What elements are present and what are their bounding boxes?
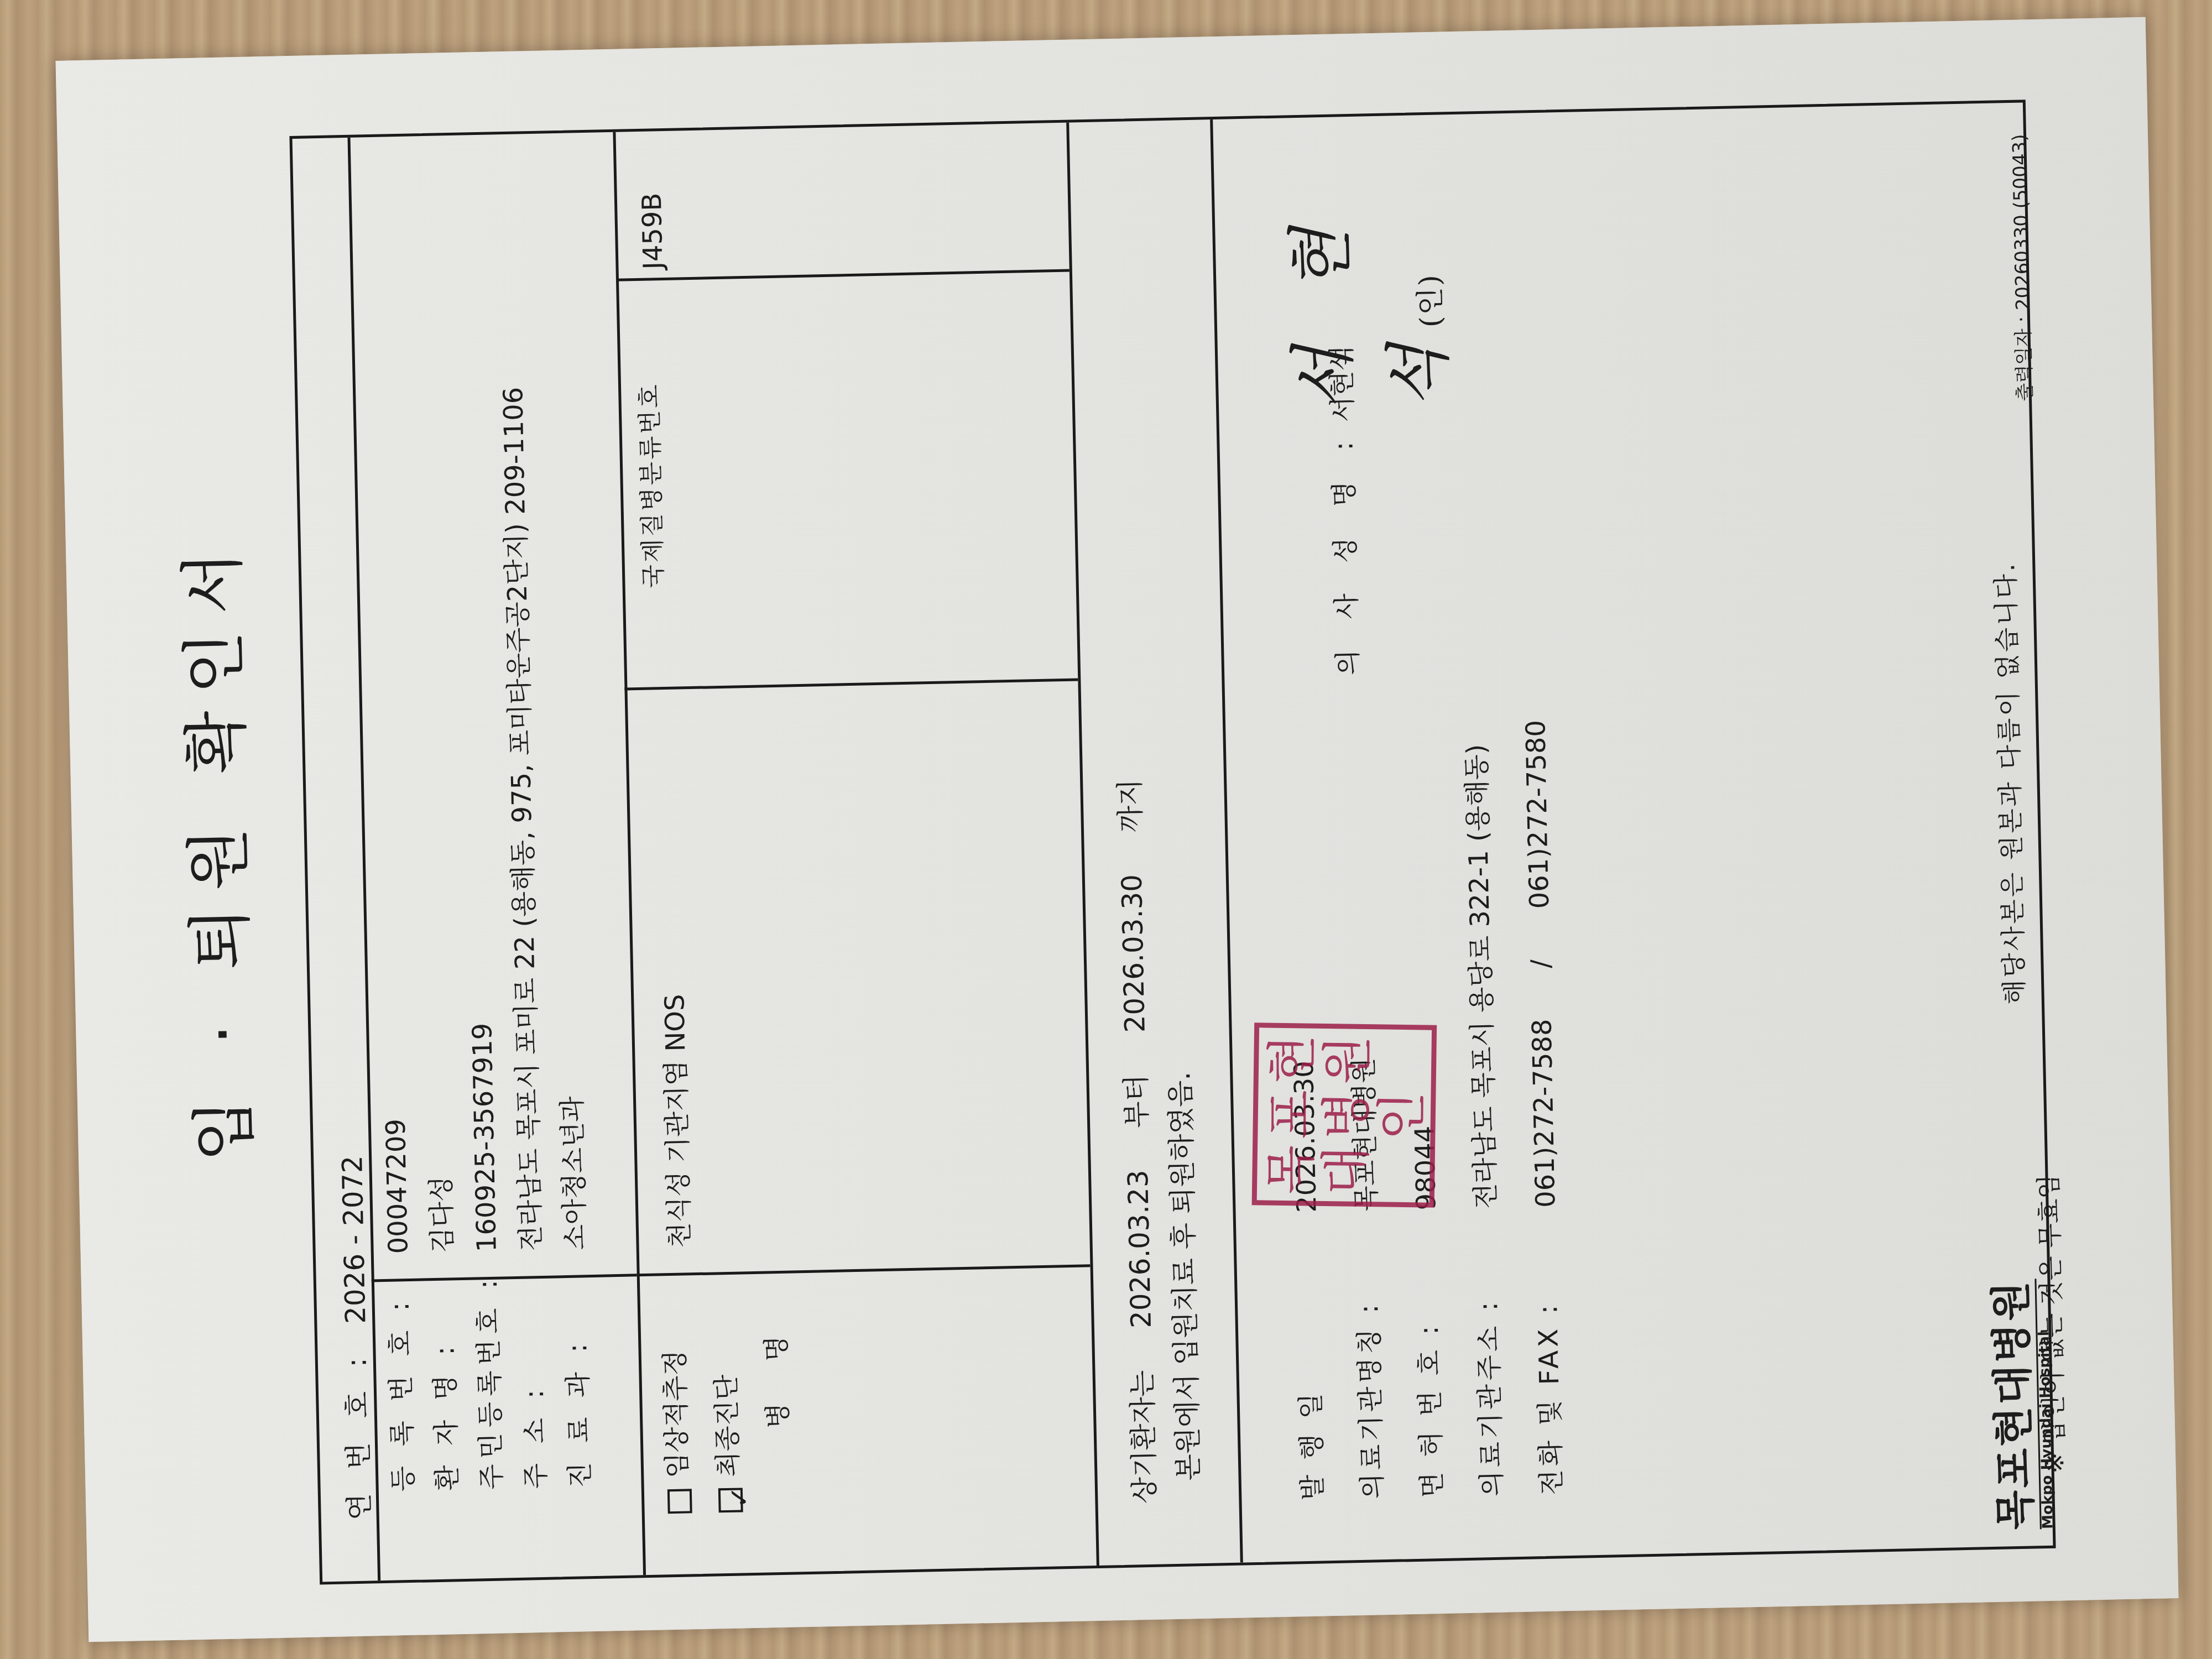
stamp-char: 대 (1318, 1142, 1374, 1198)
disease-label: 병 명 (750, 1318, 805, 1512)
department-label: 진 료 과 : (554, 1272, 603, 1488)
document-title: 입 · 퇴원 확인서 (149, 57, 276, 1640)
document-paper: 입 · 퇴원 확인서 연 번 호 : 2026 - 2072 등 록 번 호 :… (55, 17, 2178, 1642)
issue-date-label: 발 행 일 (1277, 1212, 1343, 1501)
divider-line (637, 1264, 1091, 1276)
admission-date: 2026.03.23 (1122, 1170, 1157, 1328)
license-label: 면 허 번 호 : (1397, 1209, 1463, 1498)
stamp-char: 현 (1265, 1031, 1321, 1087)
from-suffix: 부터 (1120, 1074, 1153, 1129)
serial-label: 연 번 호 : (340, 1350, 375, 1521)
patient-name-label: 환 자 명 : (421, 1275, 470, 1491)
print-date: 출력일자 : 20260330 (50043) (2004, 134, 2037, 401)
hospital-name-ko: 목포현대병원 (1987, 1279, 2041, 1530)
fax: 061)272-7580 (1520, 719, 1555, 909)
address-label: 주 소 : (510, 1273, 559, 1489)
stamp-char: 병 (1319, 1087, 1375, 1143)
separator: / (1525, 959, 1556, 968)
institution-address-label: 의료기관주소 : (1457, 1208, 1522, 1497)
divider-line (624, 678, 1078, 690)
option-label: 최종진단 (711, 1374, 744, 1478)
icd-code-header: 국제질병분류번호 (627, 291, 671, 679)
discharge-date: 2026.03.30 (1116, 874, 1151, 1032)
diagnosis-name: 천식성 기관지염 NOS (653, 994, 697, 1249)
divider-line (1210, 119, 1243, 1563)
patient-labels: 등 록 번 호 : 환 자 명 : 주민등록번호 : 주 소 : 진 료 과 : (377, 1272, 603, 1492)
hospital-logo: 목포현대병원 Mokpo Hyundai Hospital (1978, 1279, 2056, 1531)
checkbox-final-diagnosis[interactable] (718, 1488, 743, 1512)
diagnosis-type: 임상적추정 최종진단 병 명 (649, 1318, 805, 1514)
stamp-char: 인 (1374, 1088, 1430, 1144)
patient-values: 00047209 김다성 160925-3567919 전라남도 목포시 포미로… (358, 385, 598, 1254)
serial-value: 2026 - 2072 (336, 1155, 372, 1324)
option-clinical-estimate[interactable]: 임상적추정 (649, 1321, 703, 1514)
phone: 061)272-7588 (1526, 1019, 1561, 1208)
form-frame: 연 번 호 : 2026 - 2072 등 록 번 호 : 환 자 명 : 주민… (289, 100, 2056, 1584)
option-label: 임상적추정 (660, 1350, 693, 1479)
stamp-char: 포 (1264, 1086, 1319, 1142)
institution-label: 의료기관명칭 : (1337, 1211, 1403, 1500)
checkbox-clinical-estimate[interactable] (667, 1489, 692, 1514)
hospital-seal-stamp: 목 포 현 대 병 원 인 (1252, 1022, 1437, 1208)
stamp-char: 원 (1320, 1032, 1376, 1088)
institution-address: 전라남도 목포시 용당로 322-1 (용해동) (1461, 744, 1502, 1209)
to-suffix: 까지 (1114, 779, 1147, 833)
seal-mark: (인) (1413, 274, 1448, 328)
resident-no-label: 주민등록번호 : (466, 1274, 514, 1490)
doctor-label: 의 사 성 명 : (1328, 430, 1364, 676)
option-final-diagnosis[interactable]: 최종진단 (700, 1319, 754, 1513)
registration-no-label: 등 록 번 호 : (377, 1276, 426, 1492)
doctor-signature: 서 현 석(인) (1265, 114, 1462, 411)
stay-prefix: 상기환자는 (1126, 1370, 1161, 1504)
stay-period: 상기환자는 2026.03.23 부터 2026.03.30 까지 본원에서 입… (1108, 778, 1211, 1504)
phone-fax-label: 전화 및 FAX : (1516, 1207, 1582, 1496)
icd-code: J459B (637, 192, 669, 270)
divider-line (1066, 123, 1099, 1566)
divider-line (616, 269, 1070, 281)
stamp-char: 목 (1263, 1141, 1319, 1197)
